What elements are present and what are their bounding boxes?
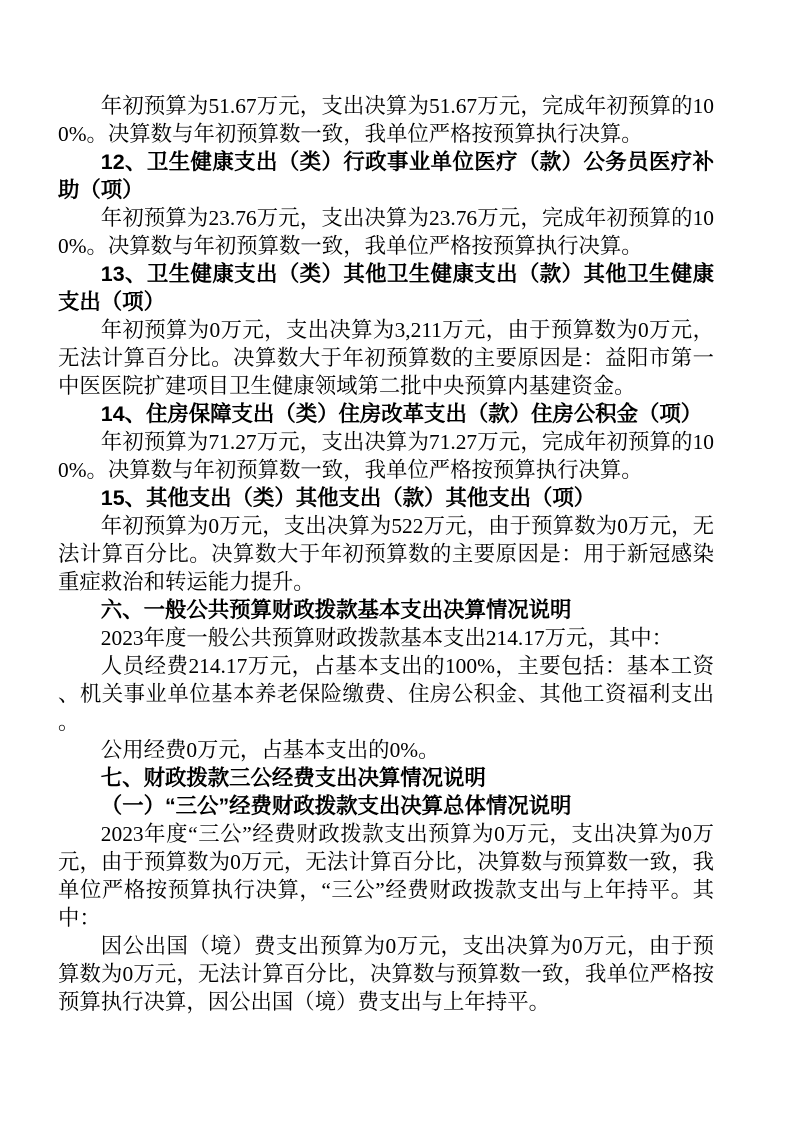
para-item-15-detail: 年初预算为0万元，支出决算为522万元，由于预算数为0万元，无法计算百分比。决算… xyxy=(58,512,714,596)
para-section-6-total: 2023年度一般公共预算财政拨款基本支出214.17万元，其中： xyxy=(58,624,714,652)
para-item-12-detail: 年初预算为23.76万元，支出决算为23.76万元，完成年初预算的100%。决算… xyxy=(58,204,714,260)
para-section-6-public-fund: 公用经费0万元，占基本支出的0%。 xyxy=(58,736,714,764)
para-prev-item-detail: 年初预算为51.67万元，支出决算为51.67万元，完成年初预算的100%。决算… xyxy=(58,92,714,148)
heading-section-6: 六、一般公共预算财政拨款基本支出决算情况说明 xyxy=(58,596,714,624)
para-section-6-personnel: 人员经费214.17万元，占基本支出的100%，主要包括：基本工资、机关事业单位… xyxy=(58,652,714,736)
para-item-13-detail: 年初预算为0万元，支出决算为3,211万元，由于预算数为0万元，无法计算百分比。… xyxy=(58,316,714,400)
heading-item-13: 13、卫生健康支出（类）其他卫生健康支出（款）其他卫生健康支出（项） xyxy=(58,260,714,316)
heading-section-7-1: （一）“三公”经费财政拨款支出决算总体情况说明 xyxy=(58,792,714,820)
document-page: 年初预算为51.67万元，支出决算为51.67万元，完成年初预算的100%。决算… xyxy=(0,0,793,1122)
document-content: 年初预算为51.67万元，支出决算为51.67万元，完成年初预算的100%。决算… xyxy=(58,92,714,1016)
heading-item-14: 14、住房保障支出（类）住房改革支出（款）住房公积金（项） xyxy=(58,400,714,428)
heading-item-12: 12、卫生健康支出（类）行政事业单位医疗（款）公务员医疗补助（项） xyxy=(58,148,714,204)
para-section-7-overview: 2023年度“三公”经费财政拨款支出预算为0万元，支出决算为0万元，由于预算数为… xyxy=(58,820,714,932)
para-item-14-detail: 年初预算为71.27万元，支出决算为71.27万元，完成年初预算的100%。决算… xyxy=(58,428,714,484)
heading-section-7: 七、财政拨款三公经费支出决算情况说明 xyxy=(58,764,714,792)
heading-item-15: 15、其他支出（类）其他支出（款）其他支出（项） xyxy=(58,484,714,512)
para-section-7-abroad-fee: 因公出国（境）费支出预算为0万元，支出决算为0万元，由于预算数为0万元，无法计算… xyxy=(58,932,714,1016)
